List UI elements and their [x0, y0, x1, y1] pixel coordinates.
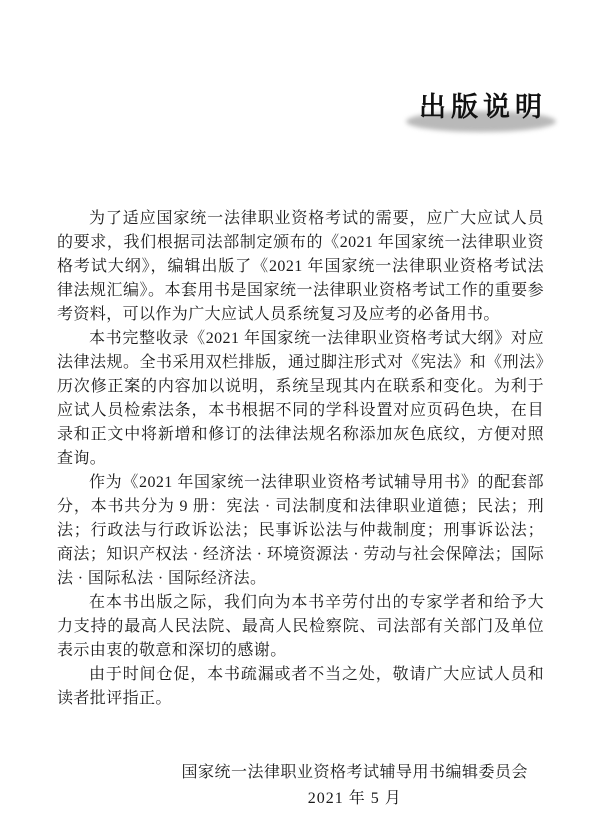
paragraph: 为了适应国家统一法律职业资格考试的需要，应广大应试人员的要求，我们根据司法部制定… [57, 207, 544, 327]
chapter-title-block: 出版说明 [0, 91, 600, 137]
signature-block: 国家统一法律职业资格考试辅导用书编辑委员会 2021 年 5 月 [181, 761, 528, 811]
page-title: 出版说明 [0, 91, 547, 123]
book-page: 出版说明 为了适应国家统一法律职业资格考试的需要，应广大应试人员的要求，我们根据… [0, 0, 600, 835]
paragraph: 作为《2021 年国家统一法律职业资格考试辅导用书》的配套部分，本书共分为 9 … [57, 471, 544, 591]
body-text: 为了适应国家统一法律职业资格考试的需要，应广大应试人员的要求，我们根据司法部制定… [57, 207, 544, 711]
publication-date: 2021 年 5 月 [308, 787, 402, 811]
committee-name: 国家统一法律职业资格考试辅导用书编辑委员会 [181, 761, 528, 785]
paragraph: 在本书出版之际，我们向为本书辛劳付出的专家学者和给予大力支持的最高人民法院、最高… [57, 591, 544, 663]
paragraph: 由于时间仓促，本书疏漏或者不当之处，敬请广大应试人员和读者批评指正。 [57, 663, 544, 711]
paragraph: 本书完整收录《2021 年国家统一法律职业资格考试大纲》对应法律法规。全书采用双… [57, 327, 544, 471]
